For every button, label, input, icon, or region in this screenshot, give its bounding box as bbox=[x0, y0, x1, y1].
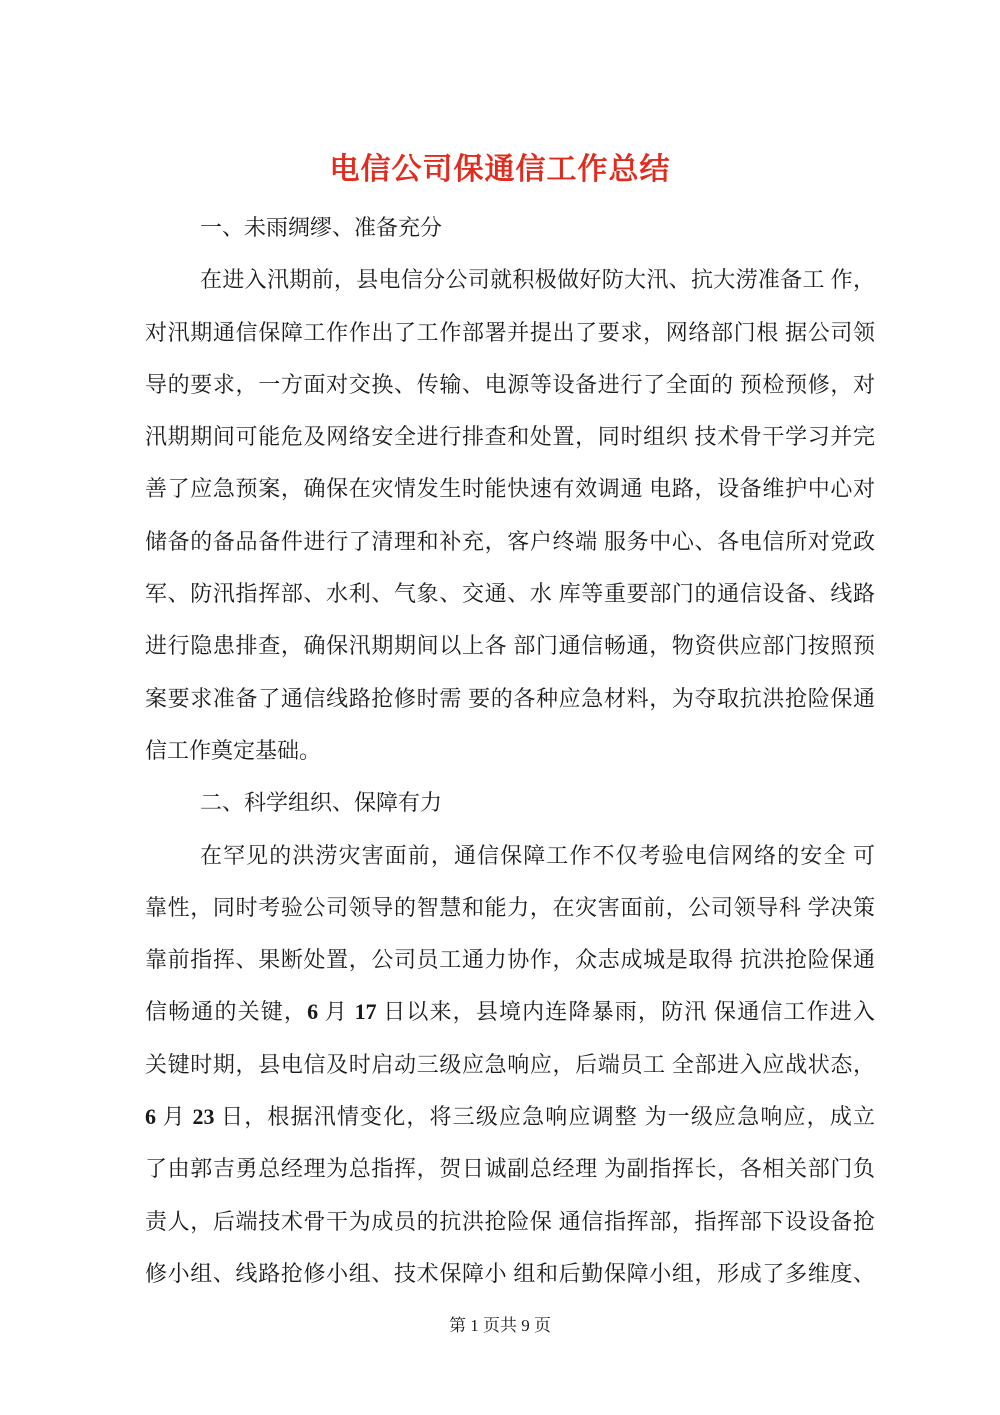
document-body: 一、未雨绸缪、准备充分在进入汛期前，县电信分公司就积极做好防大汛、抗大涝准备工 … bbox=[145, 202, 875, 1300]
text-line: 在进入汛期前，县电信分公司就积极做好防大汛、抗大涝准备工 作， bbox=[145, 254, 875, 306]
text-line: 信畅通的关键，6 月 17 日以来，县境内连降暴雨，防汛 保通信工作进入 bbox=[145, 986, 875, 1038]
text-line: 一、未雨绸缪、准备充分 bbox=[145, 202, 875, 254]
text-line: 二、科学组织、保障有力 bbox=[145, 777, 875, 829]
text-line: 责人，后端技术骨干为成员的抗洪抢险保 通信指挥部，指挥部下设设备抢 bbox=[145, 1196, 875, 1248]
text-line: 对汛期通信保障工作作出了工作部署并提出了要求，网络部门根 据公司领 bbox=[145, 307, 875, 359]
text-line: 修小组、线路抢修小组、技术保障小 组和后勤保障小组，形成了多维度、 bbox=[145, 1248, 875, 1300]
text-line: 储备的备品备件进行了清理和补充，客户终端 服务中心、各电信所对党政 bbox=[145, 516, 875, 568]
text-line: 汛期期间可能危及网络安全进行排查和处置，同时组织 技术骨干学习并完 bbox=[145, 411, 875, 463]
text-line: 军、防汛指挥部、水利、气象、交通、水 库等重要部门的通信设备、线路 bbox=[145, 568, 875, 620]
text-line: 进行隐患排查，确保汛期期间以上各 部门通信畅通，物资供应部门按照预 bbox=[145, 620, 875, 672]
document-page: 电信公司保通信工作总结 一、未雨绸缪、准备充分在进入汛期前，县电信分公司就积极做… bbox=[0, 0, 1000, 1415]
text-line: 善了应急预案，确保在灾情发生时能快速有效调通 电路，设备维护中心对 bbox=[145, 463, 875, 515]
page-number-footer: 第 1 页共 9 页 bbox=[0, 1311, 1000, 1336]
document-title: 电信公司保通信工作总结 bbox=[0, 144, 1000, 188]
text-line: 了由郭吉勇总经理为总指挥，贺日诚副总经理 为副指挥长，各相关部门负 bbox=[145, 1143, 875, 1195]
text-line: 关键时期，县电信及时启动三级应急响应，后端员工 全部进入应战状态， bbox=[145, 1039, 875, 1091]
text-line: 导的要求，一方面对交换、传输、电源等设备进行了全面的 预检预修，对 bbox=[145, 359, 875, 411]
text-line: 信工作奠定基础。 bbox=[145, 725, 875, 777]
text-line: 在罕见的洪涝灾害面前，通信保障工作不仅考验电信网络的安全 可 bbox=[145, 830, 875, 882]
text-line: 靠前指挥、果断处置，公司员工通力协作，众志成城是取得 抗洪抢险保通 bbox=[145, 934, 875, 986]
text-line: 案要求准备了通信线路抢修时需 要的各种应急材料，为夺取抗洪抢险保通 bbox=[145, 673, 875, 725]
text-line: 6 月 23 日，根据汛情变化，将三级应急响应调整 为一级应急响应，成立 bbox=[145, 1091, 875, 1143]
text-line: 靠性，同时考验公司领导的智慧和能力，在灾害面前，公司领导科 学决策 bbox=[145, 882, 875, 934]
